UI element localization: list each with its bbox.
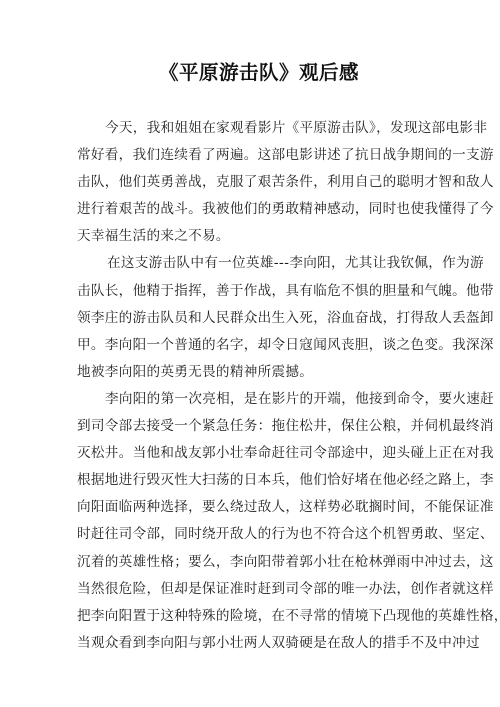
text-line: 在这支游击队中有一位英雄---李向阳，尤其让我钦佩，作为游: [77, 250, 427, 277]
text-line: 时赶往司令部，同时绕开敌人的行为也不符合这个机智勇敢、坚定、: [77, 521, 427, 548]
paragraph-3: 李向阳的第一次亮相，是在影片的开端，他接到命令，要火速赶 到司令部去接受一个紧急…: [77, 386, 427, 657]
text-line: 今天，我和姐姐在家观看影片《平原游击队》，发现这部电影非: [77, 115, 427, 142]
paragraph-2: 在这支游击队中有一位英雄---李向阳，尤其让我钦佩，作为游 击队长，他精于指挥，…: [77, 250, 427, 385]
paragraph-1: 今天，我和姐姐在家观看影片《平原游击队》，发现这部电影非 常好看，我们连续看了两…: [77, 115, 427, 250]
text-line: 灭松井。当他和战友郭小壮奉命赶往司令部途中，迎头碰上正在对我: [77, 440, 427, 467]
text-line: 领李庄的游击队员和人民群众出生入死，浴血奋战，打得敌人丢盔卸: [77, 305, 427, 332]
text-line: 沉着的英雄性格；要么，李向阳带着郭小壮在枪林弹雨中冲过去，这: [77, 549, 427, 576]
document-title: 《平原游击队》观后感: [0, 60, 500, 86]
text-line: 根据地进行毁灭性大扫荡的日本兵，他们恰好堵在他必经之路上，李: [77, 467, 427, 494]
text-line: 到司令部去接受一个紧急任务：拖住松井，保住公粮，并伺机最终消: [77, 413, 427, 440]
text-line: 当然很危险，但却是保证准时赶到司令部的唯一办法，创作者就这样: [77, 576, 427, 603]
text-line: 李向阳的第一次亮相，是在影片的开端，他接到命令，要火速赶: [77, 386, 427, 413]
text-line: 地被李向阳的英勇无畏的精神所震撼。: [77, 359, 427, 386]
text-line: 常好看，我们连续看了两遍。这部电影讲述了抗日战争期间的一支游: [77, 142, 427, 169]
text-line: 向阳面临两种选择，要么绕过敌人，这样势必耽搁时间，不能保证准: [77, 494, 427, 521]
document-body: 今天，我和姐姐在家观看影片《平原游击队》，发现这部电影非 常好看，我们连续看了两…: [77, 115, 427, 657]
text-line: 甲。李向阳一个普通的名字，却令日寇闻风丧胆，谈之色变。我深深: [77, 332, 427, 359]
text-line: 击队，他们英勇善战，克服了艰苦条件，利用自己的聪明才智和敌人: [77, 169, 427, 196]
text-line: 进行着艰苦的战斗。我被他们的勇敢精神感动，同时也使我懂得了今: [77, 196, 427, 223]
text-line: 把李向阳置于这种特殊的险境，在不寻常的情境下凸现他的英雄性格，: [77, 603, 427, 630]
text-line: 击队长，他精于指挥，善于作战，具有临危不惧的胆量和气魄。他带: [77, 278, 427, 305]
document-page: 《平原游击队》观后感 今天，我和姐姐在家观看影片《平原游击队》，发现这部电影非 …: [0, 0, 500, 707]
text-line: 天幸福生活的来之不易。: [77, 223, 427, 250]
text-line: 当观众看到李向阳与郭小壮两人双骑硬是在敌人的措手不及中冲过: [77, 630, 427, 657]
